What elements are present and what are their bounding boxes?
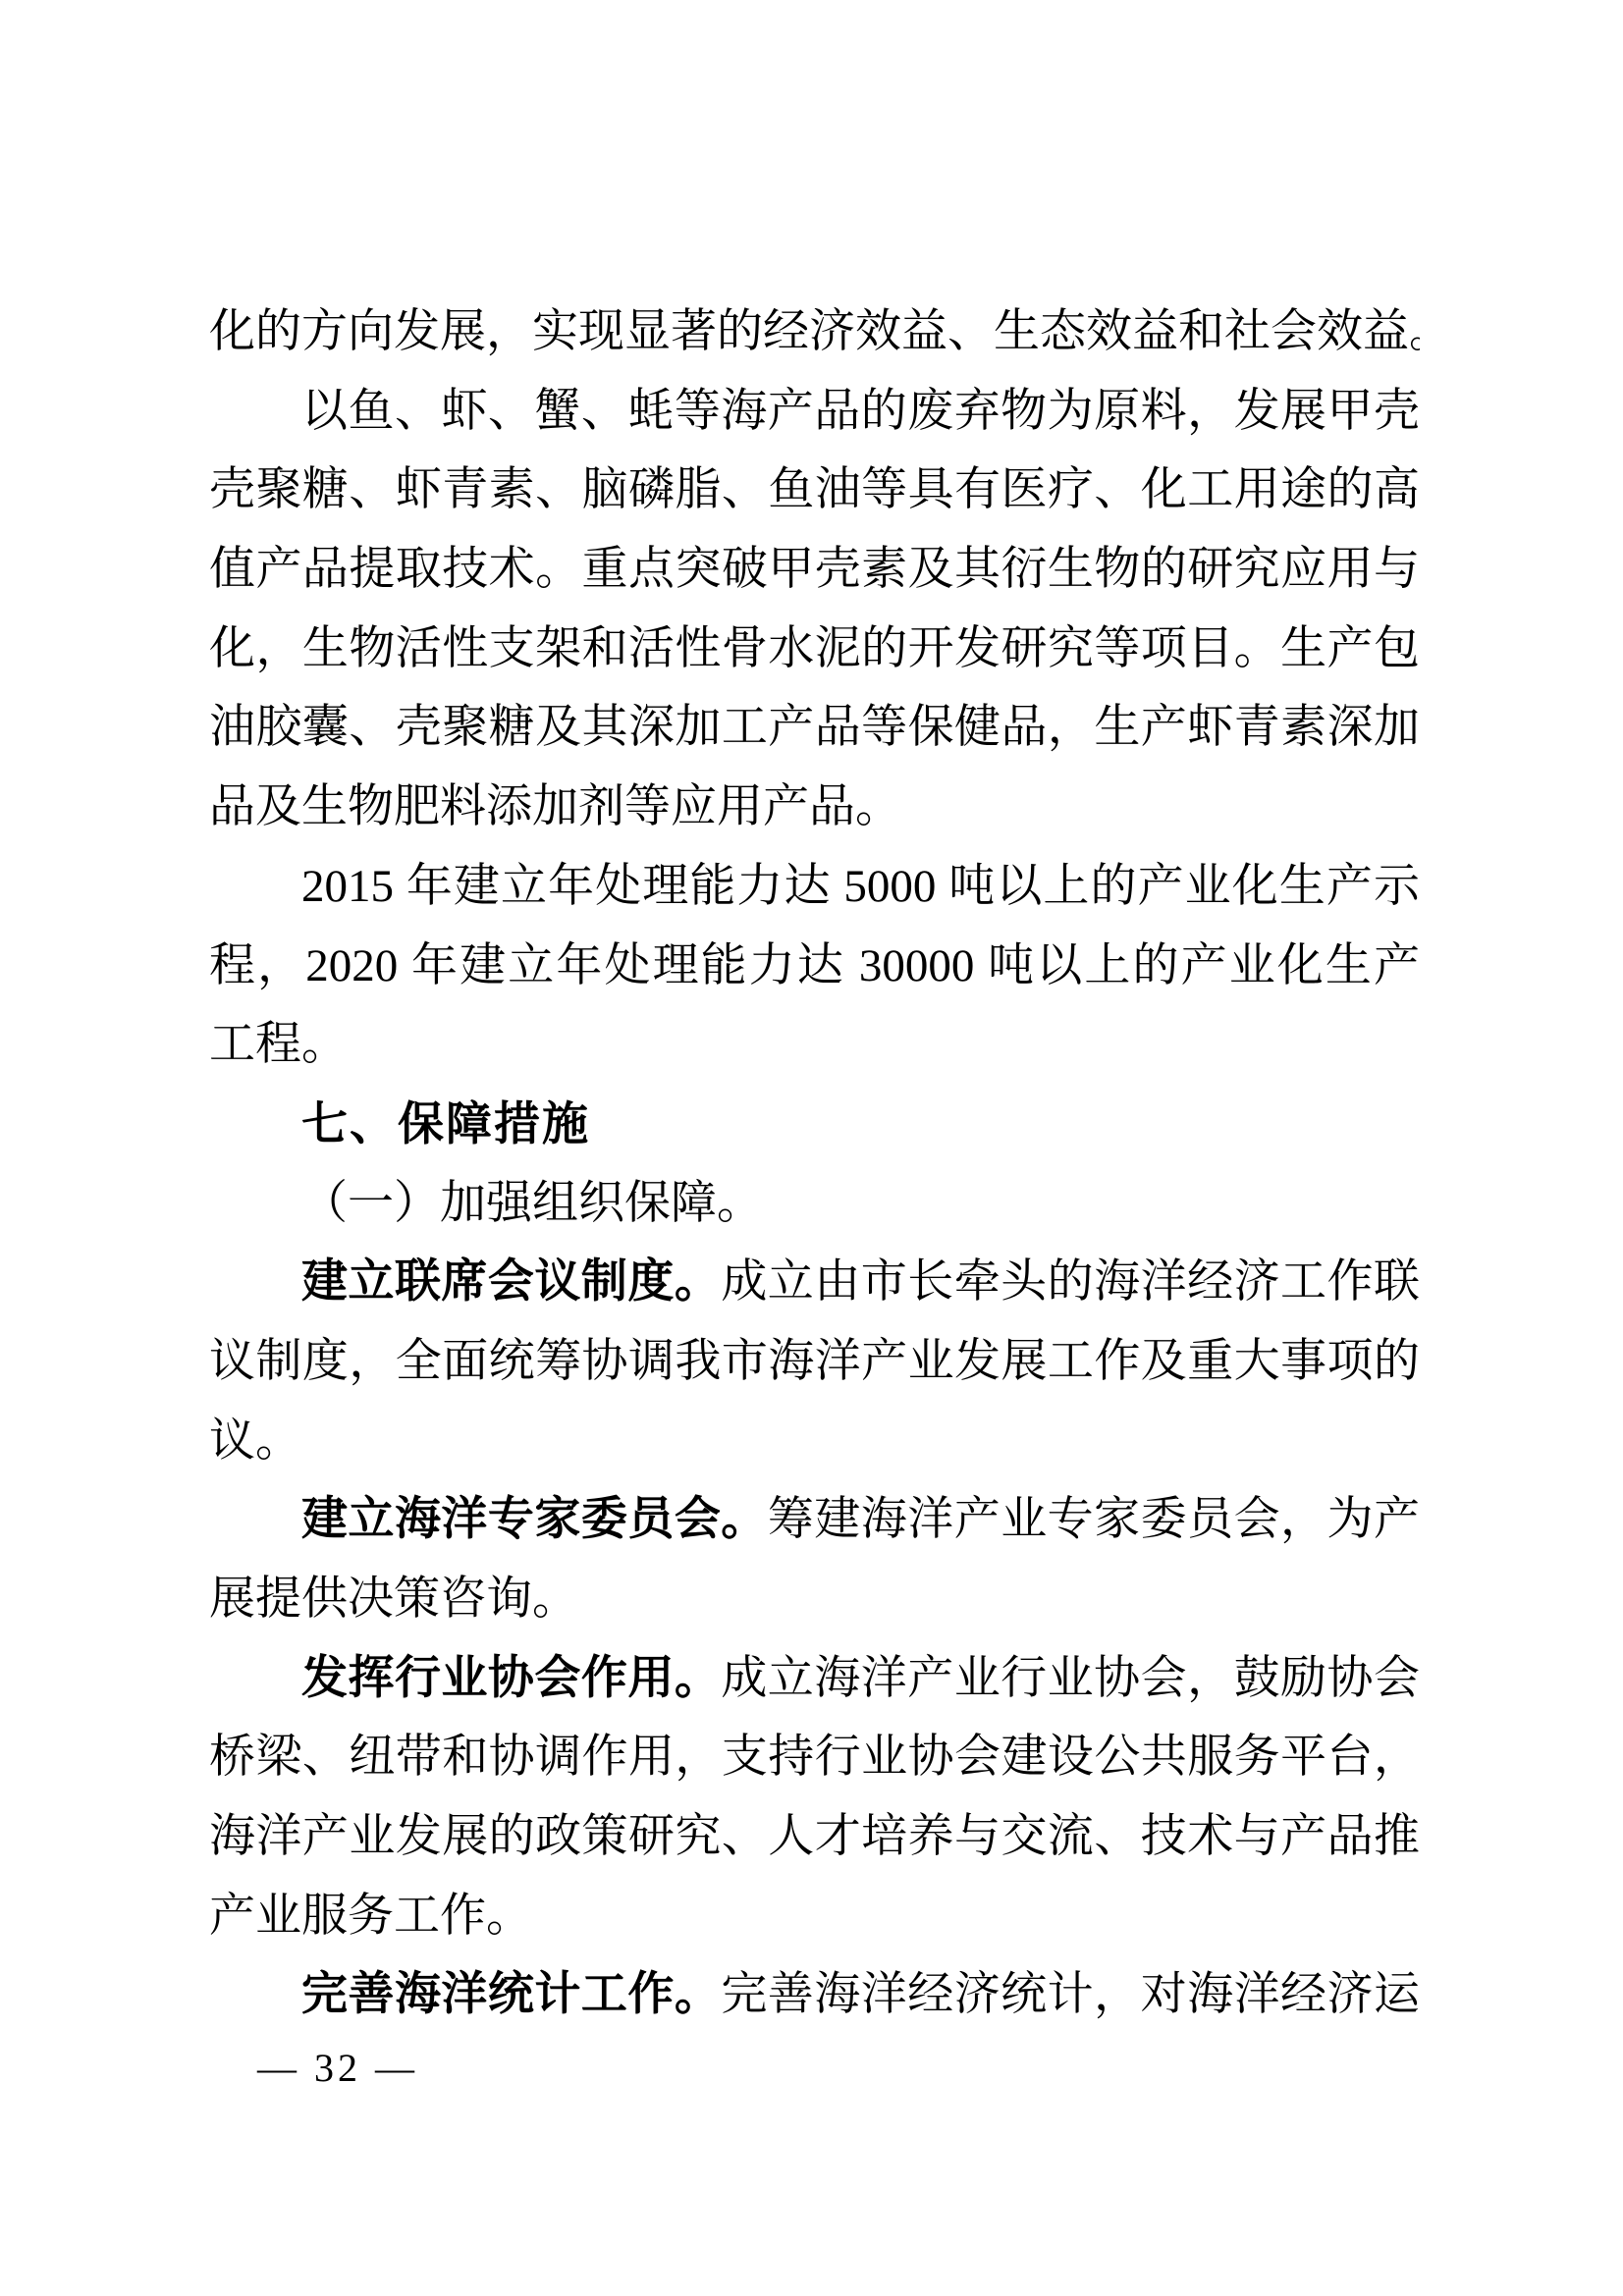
- line-text: 议制度，全面统筹协调我市海洋产业发展工作及重大事项的审: [209, 1336, 1420, 1402]
- paragraph-line: 海洋产业发展的政策研究、人才培养与交流、技术与产品推广等: [209, 1797, 1420, 1877]
- line-text: 值产品提取技术。重点突破甲壳素及其衍生物的研究应用与产业: [209, 544, 1420, 610]
- line-text: 化的方向发展，实现显著的经济效益、生态效益和社会效益。: [209, 306, 1420, 357]
- paragraph-line: 壳聚糖、虾青素、脑磷脂、鱼油等具有医疗、化工用途的高附加: [209, 451, 1420, 530]
- bold-lead: 建立联席会议制度。: [301, 1256, 721, 1308]
- bold-lead: 完善海洋统计工作。: [301, 1969, 721, 2020]
- line-text: 壳聚糖、虾青素、脑磷脂、鱼油等具有医疗、化工用途的高附加: [209, 464, 1420, 530]
- paragraph-line: 值产品提取技术。重点突破甲壳素及其衍生物的研究应用与产业: [209, 530, 1420, 610]
- line-text: 海洋产业发展的政策研究、人才培养与交流、技术与产品推广等: [209, 1811, 1420, 1877]
- paragraph-line: 建立联席会议制度。成立由市长牵头的海洋经济工作联席会: [209, 1243, 1420, 1322]
- line-text: 以鱼、虾、蟹、蚝等海产品的废弃物为原料，发展甲壳素、: [301, 386, 1420, 452]
- bold-lead: 发挥行业协会作用。: [301, 1653, 721, 1704]
- heading-text: 七、保障措施: [301, 1097, 590, 1149]
- paragraph-line: 工程。: [209, 1005, 1420, 1085]
- line-text: 油胶囊、壳聚糖及其深加工产品等保健品，生产虾青素深加工产: [209, 702, 1420, 768]
- paragraph-line: 议制度，全面统筹协调我市海洋产业发展工作及重大事项的审: [209, 1322, 1420, 1402]
- paragraph-line: 产业服务工作。: [209, 1877, 1420, 1956]
- line-text: 品及生物肥料添加剂等应用产品。: [209, 781, 901, 832]
- line-text: （一）加强组织保障。: [301, 1178, 763, 1229]
- line-text: 化，生物活性支架和活性骨水泥的开发研究等项目。生产包括鱼: [209, 623, 1420, 689]
- document-page: 化的方向发展，实现显著的经济效益、生态效益和社会效益。 以鱼、虾、蟹、蚝等海产品…: [0, 0, 1623, 2296]
- paragraph-line: 建立海洋专家委员会。筹建海洋产业专家委员会，为产业发: [209, 1480, 1420, 1560]
- line-text: 程，2020 年建立年处理能力达 30000 吨以上的产业化生产示范: [209, 940, 1420, 1006]
- paragraph-line: 发挥行业协会作用。成立海洋产业行业协会，鼓励协会发挥: [209, 1639, 1420, 1719]
- line-text: 产业服务工作。: [209, 1891, 532, 1942]
- paragraph-line: 桥梁、纽带和协调作用，支持行业协会建设公共服务平台，参与: [209, 1718, 1420, 1797]
- paragraph-line: 议。: [209, 1402, 1420, 1481]
- line-text: 议。: [209, 1415, 301, 1467]
- line-text: 工程。: [209, 1019, 348, 1070]
- bold-lead: 建立海洋专家委员会。: [301, 1494, 768, 1545]
- section-heading: 七、保障措施: [209, 1085, 1420, 1164]
- paragraph-line: 程，2020 年建立年处理能力达 30000 吨以上的产业化生产示范: [209, 927, 1420, 1006]
- paragraph-line: 以鱼、虾、蟹、蚝等海产品的废弃物为原料，发展甲壳素、: [209, 372, 1420, 452]
- paragraph-line: 化的方向发展，实现显著的经济效益、生态效益和社会效益。: [209, 293, 1420, 372]
- paragraph-line: 完善海洋统计工作。完善海洋经济统计，对海洋经济运行情: [209, 1955, 1420, 2035]
- page-number: — 32 —: [257, 2047, 418, 2090]
- line-text: 2015 年建立年处理能力达 5000 吨以上的产业化生产示范工: [301, 861, 1420, 927]
- line-text: 展提供决策咨询。: [209, 1574, 578, 1625]
- paragraph-line: 2015 年建立年处理能力达 5000 吨以上的产业化生产示范工: [209, 847, 1420, 927]
- subsection-heading: （一）加强组织保障。: [209, 1164, 1420, 1244]
- paragraph-line: 化，生物活性支架和活性骨水泥的开发研究等项目。生产包括鱼: [209, 610, 1420, 689]
- paragraph-line: 品及生物肥料添加剂等应用产品。: [209, 768, 1420, 847]
- paragraph-line: 展提供决策咨询。: [209, 1560, 1420, 1639]
- line-text: 桥梁、纽带和协调作用，支持行业协会建设公共服务平台，参与: [209, 1732, 1420, 1797]
- text-block: 化的方向发展，实现显著的经济效益、生态效益和社会效益。 以鱼、虾、蟹、蚝等海产品…: [209, 293, 1420, 2035]
- paragraph-line: 油胶囊、壳聚糖及其深加工产品等保健品，生产虾青素深加工产: [209, 688, 1420, 768]
